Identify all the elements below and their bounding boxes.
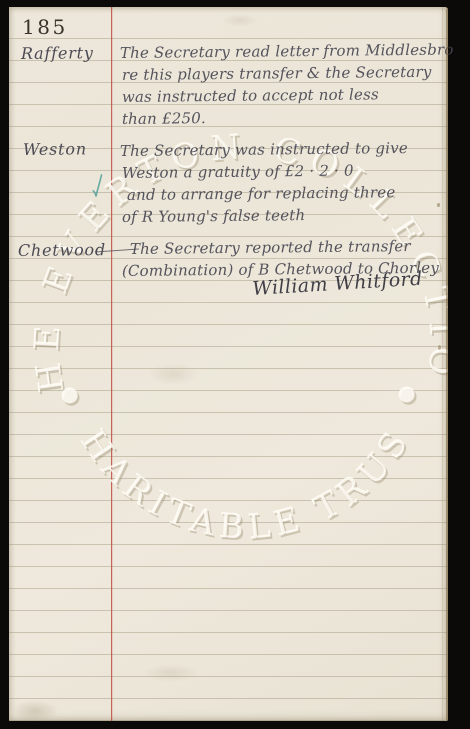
entry-line: was instructed to accept not less xyxy=(122,84,379,107)
scanned-ledger-photo: THE EVERTON COLLECTION CHARITABLE TRUST … xyxy=(0,0,470,729)
margin-name-weston: Weston xyxy=(23,139,87,160)
entry-line: Weston a gratuity of £2 · 2 · 0 xyxy=(122,161,354,183)
entry-line: re this players transfer & the Secretary xyxy=(122,62,432,85)
paper-stain xyxy=(222,14,258,27)
page-number: 185 xyxy=(22,15,68,39)
entry-line: The Secretary reported the transfer xyxy=(130,236,411,259)
margin-name-chetwood: Chetwood xyxy=(18,240,106,261)
check-mark-icon xyxy=(91,174,105,200)
entry-line: The Secretary was instructed to give xyxy=(120,138,408,161)
entry-line: of R Young's false teeth xyxy=(122,205,306,227)
entry-line: and to arrange for replacing three xyxy=(127,182,396,205)
margin-name-rafferty: Rafferty xyxy=(21,43,94,64)
entry-line: The Secretary read letter from Middlesbr… xyxy=(120,40,454,63)
entry-line: than £250. xyxy=(122,108,206,129)
red-margin-line xyxy=(111,7,112,721)
ledger-page: THE EVERTON COLLECTION CHARITABLE TRUST … xyxy=(9,7,448,721)
page-edge-line xyxy=(442,7,443,721)
